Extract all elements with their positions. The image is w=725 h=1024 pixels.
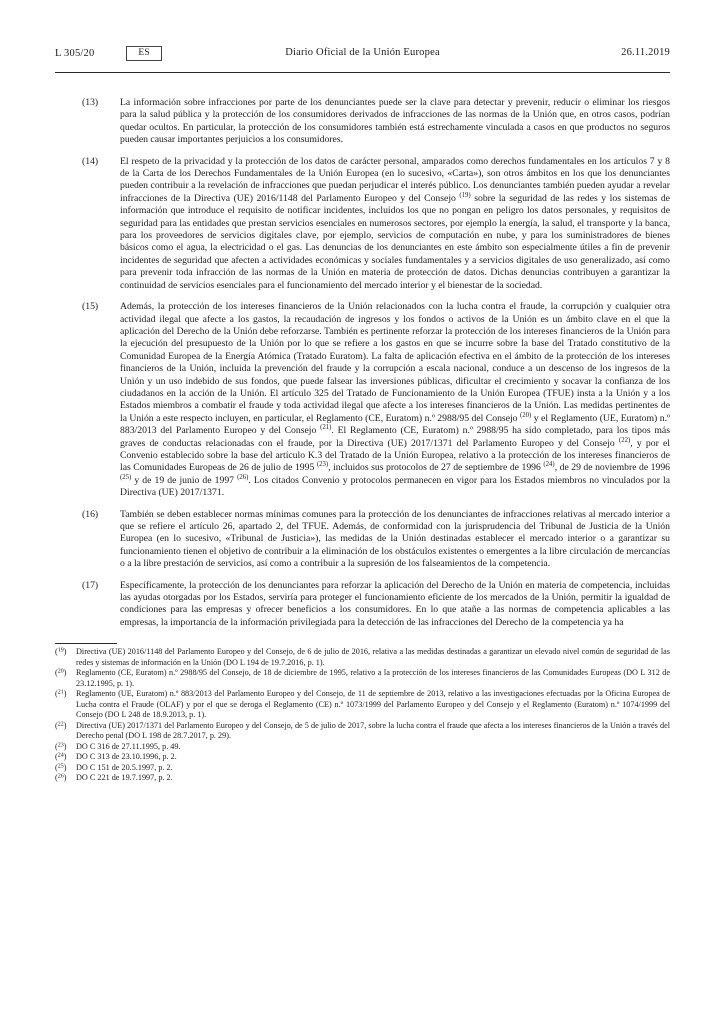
footnote-reference: (24) [543,461,554,468]
footnote-text: Directiva (UE) 2016/1148 del Parlamento … [76,647,670,668]
footnote-marker: (24) [55,752,76,763]
footnote: (19)Directiva (UE) 2016/1148 del Parlame… [55,647,670,668]
footnote-reference: (19) [459,192,470,199]
footnote-marker-number: 19 [58,648,64,654]
recitals-section: (13)La información sobre infracciones po… [55,97,670,629]
footnote-text: Directiva (UE) 2017/1371 del Parlamento … [76,721,670,742]
recital-text: El respeto de la privacidad y la protecc… [120,156,670,292]
footnote-reference: (26) [237,474,248,481]
recital-number: (14) [55,156,120,292]
footnote-text: Reglamento (CE, Euratom) n.º 2988/95 del… [76,668,670,689]
recital: (14)El respeto de la privacidad y la pro… [55,156,670,292]
footnotes-section: (19)Directiva (UE) 2016/1148 del Parlame… [55,647,670,784]
footnote-marker-number: 21 [58,690,64,696]
header-rule [55,72,670,73]
footnote-marker-number: 20 [58,669,64,675]
footnote-marker-number: 25 [58,763,64,769]
footnote: (26)DO C 221 de 19.7.1997, p. 2. [55,773,670,784]
recital-text: La información sobre infracciones por pa… [120,97,670,147]
footnote-text: DO C 151 de 20.5.1997, p. 2. [76,763,670,774]
journal-page: L 305/20 ES Diario Oficial de la Unión E… [0,0,725,1024]
footnote-marker: (21) [55,689,76,721]
footnote-separator [55,643,117,644]
issue-date: 26.11.2019 [621,47,670,58]
footnote-marker-number: 24 [58,753,64,759]
footnote-reference: (21) [320,424,331,431]
footnote-marker-number: 26 [58,774,64,780]
footnote: (22)Directiva (UE) 2017/1371 del Parlame… [55,721,670,742]
footnote-text: Reglamento (UE, Euratom) n.º 883/2013 de… [76,689,670,721]
recital-text: Específicamente, la protección de los de… [120,580,670,630]
recital-number: (15) [55,301,120,500]
footnote: (21)Reglamento (UE, Euratom) n.º 883/201… [55,689,670,721]
footnote-reference: (22) [619,437,630,444]
footnote: (24)DO C 313 de 23.10.1996, p. 2. [55,752,670,763]
recital-text: Además, la protección de los intereses f… [120,301,670,500]
footnote-marker: (19) [55,647,76,668]
footnote: (20)Reglamento (CE, Euratom) n.º 2988/95… [55,668,670,689]
recital-text: También se deben establecer normas mínim… [120,509,670,571]
footnote-reference: (25) [120,474,131,481]
footnote-marker: (25) [55,763,76,774]
footnote-reference: (23) [317,461,328,468]
recital-number: (13) [55,97,120,147]
footnote: (25)DO C 151 de 20.5.1997, p. 2. [55,763,670,774]
footnote-text: DO C 316 de 27.11.1995, p. 49. [76,742,670,753]
footnote-reference: (20) [520,412,531,419]
recital: (13)La información sobre infracciones po… [55,97,670,147]
recital: (16)También se deben establecer normas m… [55,509,670,571]
footnote-marker: (20) [55,668,76,689]
footnote-marker-number: 22 [58,721,64,727]
recital-number: (17) [55,580,120,630]
footnote-marker: (26) [55,773,76,784]
footnote-text: DO C 221 de 19.7.1997, p. 2. [76,773,670,784]
footnote: (23)DO C 316 de 27.11.1995, p. 49. [55,742,670,753]
footnote-marker: (22) [55,721,76,742]
recital-number: (16) [55,509,120,571]
footnote-text: DO C 313 de 23.10.1996, p. 2. [76,752,670,763]
page-header: L 305/20 ES Diario Oficial de la Unión E… [55,46,670,66]
recital: (17)Específicamente, la protección de lo… [55,580,670,630]
footnote-marker-number: 23 [58,742,64,748]
recital: (15)Además, la protección de los interes… [55,301,670,500]
journal-title: Diario Oficial de la Unión Europea [55,47,670,58]
footnote-marker: (23) [55,742,76,753]
